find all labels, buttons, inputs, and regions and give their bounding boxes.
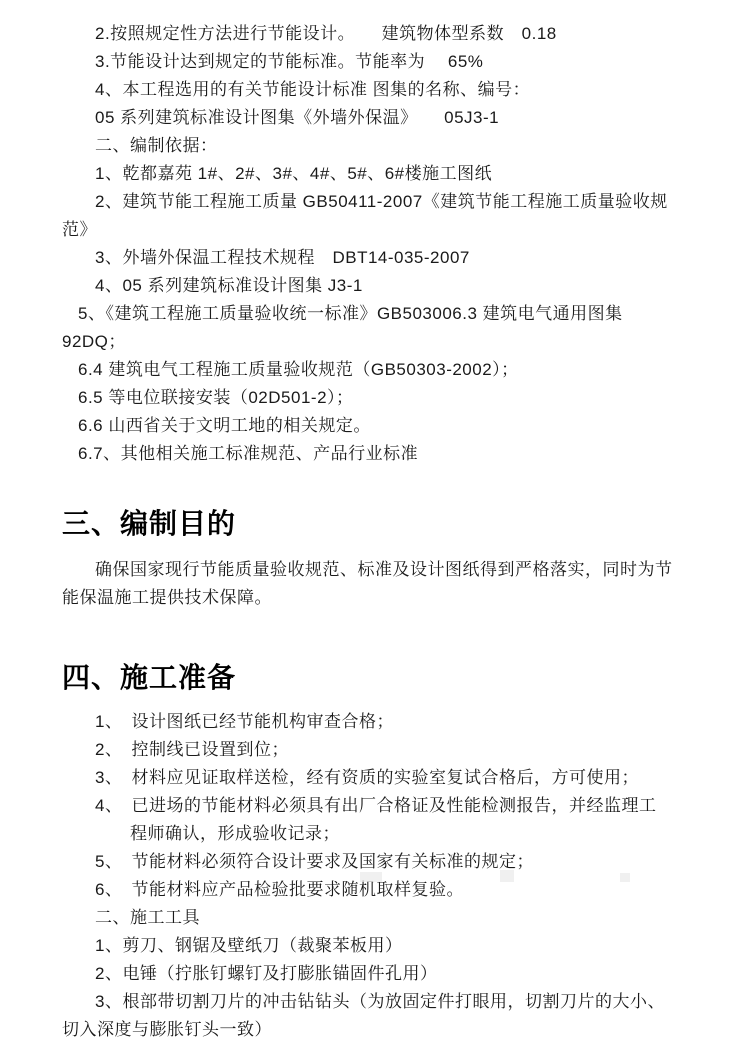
- list-item: 3、根部带切割刀片的冲击钻钻头（为放固定件打眼用，切割刀片的大小、: [62, 988, 686, 1016]
- scan-artifact: [360, 872, 382, 882]
- text-line: 4、05 系列建筑标准设计图集 J3-1: [62, 272, 686, 300]
- text-line: 2.按照规定性方法进行节能设计。 建筑物体型系数 0.18: [62, 20, 686, 48]
- list-item: 1、剪刀、钢锯及壁纸刀（裁聚苯板用）: [62, 932, 686, 960]
- text-line: 3、外墙外保温工程技术规程 DBT14-035-2007: [62, 244, 686, 272]
- text-line: 6.7、其他相关施工标准规范、产品行业标准: [62, 440, 686, 468]
- tools-subheading: 二、施工工具: [62, 904, 686, 932]
- text-line: 92DQ；: [62, 328, 686, 356]
- text-line: 4、本工程选用的有关节能设计标准 图集的名称、编号：: [62, 76, 686, 104]
- list-item: 3、 材料应见证取样送检，经有资质的实验室复试合格后，方可使用；: [62, 764, 686, 792]
- text-line: 3.节能设计达到规定的节能标准。节能率为 65%: [62, 48, 686, 76]
- intro-block: 2.按照规定性方法进行节能设计。 建筑物体型系数 0.18 3.节能设计达到规定…: [62, 20, 686, 468]
- text-line: 能保温施工提供技术保障。: [62, 584, 686, 612]
- section-two-heading: 二、编制依据：: [62, 132, 686, 160]
- document-page: 2.按照规定性方法进行节能设计。 建筑物体型系数 0.18 3.节能设计达到规定…: [0, 0, 744, 1052]
- text-line: 5、《建筑工程施工质量验收统一标准》GB503006.3 建筑电气通用图集: [62, 300, 686, 328]
- text-line: 6.6 山西省关于文明工地的相关规定。: [62, 412, 686, 440]
- text-line: 05 系列建筑标准设计图集《外墙外保温》 05J3-1: [62, 104, 686, 132]
- text-line: 6.4 建筑电气工程施工质量验收规范（GB50303-2002）；: [62, 356, 686, 384]
- list-item-continuation: 程师确认，形成验收记录；: [62, 820, 686, 848]
- text-line: 2、建筑节能工程施工质量 GB50411-2007《建筑节能工程施工质量验收规: [62, 188, 686, 216]
- list-item: 1、 设计图纸已经节能机构审查合格；: [62, 708, 686, 736]
- section-four-heading: 四、施工准备: [62, 656, 686, 696]
- scan-artifact: [500, 870, 514, 882]
- text-line: 确保国家现行节能质量验收规范、标准及设计图纸得到严格落实，同时为节: [62, 556, 686, 584]
- text-line: 范》: [62, 216, 686, 244]
- list-item: 2、 控制线已设置到位；: [62, 736, 686, 764]
- text-line: 6.5 等电位联接安装（02D501-2）；: [62, 384, 686, 412]
- list-item: 4、 已进场的节能材料必须具有出厂合格证及性能检测报告，并经监理工: [62, 792, 686, 820]
- list-item: 2、电锤（拧胀钉螺钉及打膨胀锚固件孔用）: [62, 960, 686, 988]
- text-line: 1、乾都嘉苑 1#、2#、3#、4#、5#、6#楼施工图纸: [62, 160, 686, 188]
- scan-artifact: [620, 873, 630, 882]
- list-item-continuation: 切入深度与膨胀钉头一致）: [62, 1016, 686, 1044]
- section-three-heading: 三、编制目的: [62, 502, 686, 542]
- section-three-paragraph: 确保国家现行节能质量验收规范、标准及设计图纸得到严格落实，同时为节 能保温施工提…: [62, 556, 686, 612]
